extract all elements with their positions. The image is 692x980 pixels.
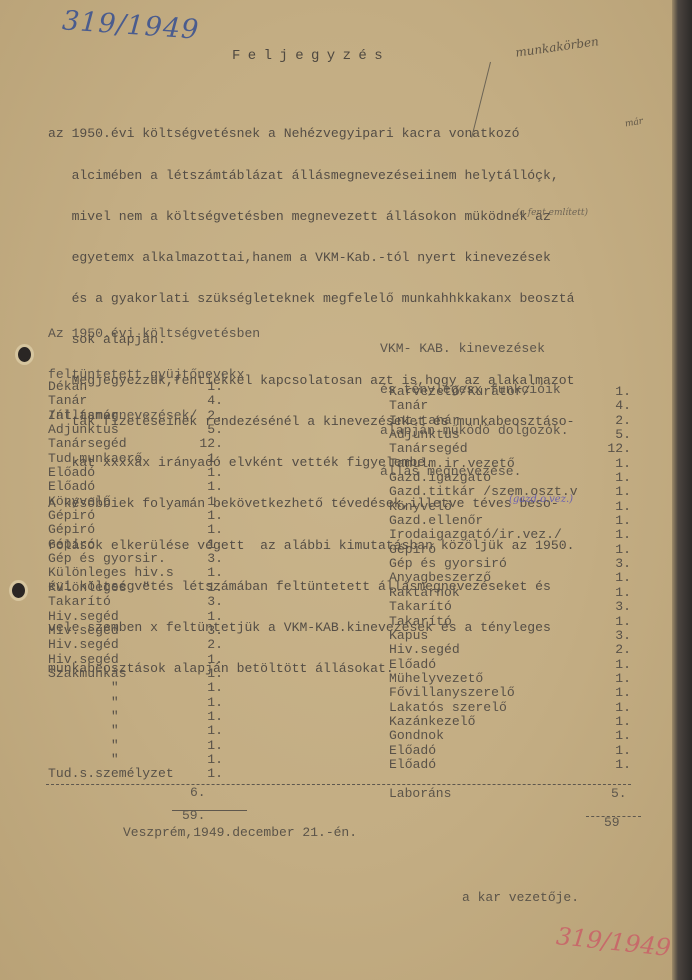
position-title: Előadó <box>48 480 95 494</box>
position-title: Szakmunkás <box>48 667 127 681</box>
position-count: 1. <box>207 523 223 537</box>
position-row: Takarító1. <box>389 615 631 629</box>
position-title: Különleges " <box>48 581 150 595</box>
position-title: Könyvelő <box>389 500 452 514</box>
position-count: 1. <box>207 667 223 681</box>
position-row: Dékán1. <box>48 380 223 394</box>
position-title: Dékán <box>48 380 87 394</box>
position-title: Előadó <box>389 744 436 758</box>
position-row: Gépiró1. <box>48 509 223 523</box>
position-count: 5. <box>207 423 223 437</box>
position-title: Gépiró <box>389 543 436 557</box>
position-count: 1. <box>207 653 223 667</box>
position-count: 2. <box>615 414 631 428</box>
position-count: 1. <box>615 500 631 514</box>
handwritten-reference-number-top: 319/1949 <box>61 5 200 46</box>
position-row: "1. <box>48 710 223 724</box>
position-row: Előadó1. <box>389 758 631 772</box>
position-row: Takarító3. <box>48 595 223 609</box>
position-title: Kapus <box>389 629 428 643</box>
document-page: 319/1949 munkakörben Feljegyzés az 1950.… <box>0 0 672 980</box>
position-count: 1. <box>207 724 223 738</box>
left-subtotal: 6. <box>190 785 206 800</box>
position-row: Gazd.igazgató1. <box>389 471 631 485</box>
position-count: 1. <box>615 385 631 399</box>
position-row: Hiv.segéd1. <box>48 653 223 667</box>
position-title: " <box>48 681 119 695</box>
position-row: "1. <box>48 681 223 695</box>
position-count: 1. <box>207 495 223 509</box>
position-row: Tanársegéd12. <box>48 437 223 451</box>
position-title: Hiv.segéd <box>48 638 119 652</box>
position-title: Int.tanár <box>48 409 119 423</box>
position-row: Tud.munkaerő1. <box>48 452 223 466</box>
position-count: 1. <box>207 767 223 781</box>
right-extra-row-title: Laboráns <box>389 786 451 801</box>
position-count: 1. <box>615 457 631 471</box>
position-title: Hiv.segéd <box>48 610 119 624</box>
position-title: Tanár <box>389 399 428 413</box>
position-title: Takarító <box>389 615 452 629</box>
position-title: " <box>48 696 119 710</box>
position-count: 1. <box>207 566 223 580</box>
position-count: 12. <box>607 442 631 456</box>
margin-note-gazd-o-vez: (gazd.o.vez.) <box>509 494 573 505</box>
header-line: Az 1950.évi költségvetésben <box>48 327 260 341</box>
position-title: Gazd.igazgató <box>389 471 491 485</box>
position-row: Különleges hiv.s1. <box>48 566 223 580</box>
position-title: Gép és gyorsiró <box>389 557 507 571</box>
position-title: Tud.s.személyzet <box>48 767 174 781</box>
position-title: Tanársegéd <box>48 437 127 451</box>
position-title: Gépiró <box>48 538 95 552</box>
position-title: Tanulm.ir.vezető <box>389 457 515 471</box>
scan-dark-edge <box>672 0 692 980</box>
position-count: 1. <box>207 538 223 552</box>
position-title: Takarító <box>48 595 111 609</box>
position-count: 4. <box>207 394 223 408</box>
position-title: Gondnok <box>389 729 444 743</box>
position-title: Előadó <box>389 658 436 672</box>
position-count: 1. <box>207 696 223 710</box>
position-count: 1. <box>615 672 631 686</box>
position-title: Gépiró <box>48 523 95 537</box>
position-count: 1. <box>207 380 223 394</box>
header-line: VKM- KAB. kinevezések <box>380 342 569 356</box>
position-count: 1. <box>615 615 631 629</box>
position-row: Gép és gyorsir.3. <box>48 552 223 566</box>
position-row: Gazd.ellenőr1. <box>389 514 631 528</box>
position-count: 1. <box>207 509 223 523</box>
position-count: 3. <box>207 552 223 566</box>
position-count: 1. <box>615 744 631 758</box>
position-row: Kazánkezelő1. <box>389 715 631 729</box>
position-count: 3. <box>615 629 631 643</box>
position-title: Lakatós szerelő <box>389 701 507 715</box>
position-title: " <box>48 739 119 753</box>
position-row: Gép és gyorsiró3. <box>389 557 631 571</box>
position-row: Hiv.segéd2. <box>389 643 631 657</box>
position-row: Tanársegéd12. <box>389 442 631 456</box>
position-count: 2. <box>207 409 223 423</box>
left-total: 59. <box>182 808 205 823</box>
position-title: " <box>48 753 119 767</box>
position-row: Raktárnok1. <box>389 586 631 600</box>
position-title: Hiv.segéd <box>48 624 119 638</box>
position-row: Előadó1. <box>48 480 223 494</box>
position-count: 1. <box>615 686 631 700</box>
position-title: Mühelyvezető <box>389 672 483 686</box>
position-count: 4. <box>615 399 631 413</box>
position-count: 1. <box>615 701 631 715</box>
position-title: " <box>48 710 119 724</box>
position-count: 1. <box>615 543 631 557</box>
position-row: Mühelyvezető1. <box>389 672 631 686</box>
position-title: Tanár <box>48 394 87 408</box>
position-title: Előadó <box>48 466 95 480</box>
body-line: alcimében a létszámtáblázat állásmegneve… <box>48 169 668 183</box>
position-count: 1. <box>615 729 631 743</box>
document-title: Feljegyzés <box>232 48 390 64</box>
position-row: "1. <box>48 696 223 710</box>
position-title: Irodaigazgató/ir.vez./ <box>389 528 562 542</box>
position-row: Szakmunkás1. <box>48 667 223 681</box>
position-row: Hiv.segéd2. <box>48 638 223 652</box>
right-extra-row-qty: 5. <box>611 786 627 801</box>
position-title: Raktárnok <box>389 586 460 600</box>
position-title: Karvezető/Kurátor/ <box>389 385 530 399</box>
position-count: 1. <box>615 586 631 600</box>
position-count: 2. <box>207 638 223 652</box>
position-row: "1. <box>48 724 223 738</box>
position-row: "1. <box>48 753 223 767</box>
position-title: Könyvelő <box>48 495 111 509</box>
position-row: Előadó1. <box>389 658 631 672</box>
body-line: az 1950.évi költségvetésnek a Nehézvegyi… <box>48 127 668 141</box>
position-count: 3. <box>207 624 223 638</box>
position-row: Karvezető/Kurátor/1. <box>389 385 631 399</box>
position-count: 3. <box>207 595 223 609</box>
position-count: 1. <box>615 571 631 585</box>
position-row: Anyagbeszerző1. <box>389 571 631 585</box>
position-title: Hiv.segéd <box>48 653 119 667</box>
position-title: " <box>48 724 119 738</box>
position-title: Gép és gyorsir. <box>48 552 166 566</box>
budget-positions-list: Dékán1.Tanár4.Int.tanár2.Adjunktus5.Taná… <box>48 380 223 782</box>
position-title: Fővillanyszerelő <box>389 686 515 700</box>
position-count: 12. <box>199 437 223 451</box>
position-title: Adjunktus <box>389 428 460 442</box>
position-row: Adjunktus5. <box>389 428 631 442</box>
position-title: Hiv.segéd <box>389 643 460 657</box>
position-count: 1. <box>207 466 223 480</box>
position-count: 2. <box>615 643 631 657</box>
position-count: 3. <box>615 557 631 571</box>
position-row: Tanulm.ir.vezető1. <box>389 457 631 471</box>
position-row: Tanár4. <box>48 394 223 408</box>
position-title: Különleges hiv.s <box>48 566 174 580</box>
position-count: 1. <box>207 739 223 753</box>
position-title: Anyagbeszerző <box>389 571 491 585</box>
position-count: 1. <box>207 681 223 695</box>
position-row: Előadó1. <box>48 466 223 480</box>
position-title: Takarító <box>389 600 452 614</box>
position-row: Tanár4. <box>389 399 631 413</box>
position-row: Előadó1. <box>389 744 631 758</box>
punch-hole-top <box>18 347 31 362</box>
position-row: Int.tanár2. <box>48 409 223 423</box>
position-row: Takarító3. <box>389 600 631 614</box>
position-row: Int.tanár2. <box>389 414 631 428</box>
position-count: 1. <box>207 480 223 494</box>
position-row: Különleges "1. <box>48 581 223 595</box>
handwritten-reference-number-bottom: 319/1949 <box>555 922 672 962</box>
position-row: Gépiró1. <box>48 523 223 537</box>
position-count: 3. <box>615 600 631 614</box>
position-count: 1. <box>615 514 631 528</box>
position-count: 1. <box>615 658 631 672</box>
position-row: Hiv.segéd1. <box>48 610 223 624</box>
position-row: Gépiró1. <box>48 538 223 552</box>
position-title: Kazánkezelő <box>389 715 475 729</box>
right-total: 59 <box>604 815 620 830</box>
position-title: Gazd.ellenőr <box>389 514 483 528</box>
position-row: Fővillanyszerelő1. <box>389 686 631 700</box>
position-count: 1. <box>615 528 631 542</box>
subtotal-dashed-line <box>46 784 631 785</box>
position-row: Lakatós szerelő1. <box>389 701 631 715</box>
position-title: Adjunktus <box>48 423 119 437</box>
body-line: egyetemx alkalmazottai,hanem a VKM-Kab.-… <box>48 251 668 265</box>
position-title: Előadó <box>389 758 436 772</box>
position-count: 1. <box>615 471 631 485</box>
actual-positions-list: Karvezető/Kurátor/1.Tanár4.Int.tanár2.Ad… <box>389 385 631 772</box>
position-row: Könyvelő1. <box>48 495 223 509</box>
position-row: Irodaigazgató/ir.vez./1. <box>389 528 631 542</box>
signature-line: a kar vezetője. <box>462 890 579 905</box>
position-count: 1. <box>207 581 223 595</box>
position-row: Kapus3. <box>389 629 631 643</box>
position-count: 5. <box>615 428 631 442</box>
position-count: 1. <box>615 758 631 772</box>
position-title: Gépiró <box>48 509 95 523</box>
margin-note-munkakorben: munkakörben <box>514 34 599 60</box>
position-count: 1. <box>207 452 223 466</box>
position-title: Tanársegéd <box>389 442 468 456</box>
punch-hole-bottom <box>12 583 25 598</box>
position-row: Hiv.segéd3. <box>48 624 223 638</box>
position-row: "1. <box>48 739 223 753</box>
position-count: 1. <box>207 753 223 767</box>
position-row: Adjunktus5. <box>48 423 223 437</box>
position-row: Tud.s.személyzet1. <box>48 767 223 781</box>
position-count: 1. <box>207 610 223 624</box>
position-row: Gondnok1. <box>389 729 631 743</box>
place-and-date: Veszprém,1949.december 21.-én. <box>123 825 357 840</box>
position-count: 1. <box>615 715 631 729</box>
position-title: Int.tanár <box>389 414 460 428</box>
position-count: 1. <box>207 710 223 724</box>
position-title: Tud.munkaerő <box>48 452 142 466</box>
position-count: 1. <box>615 485 631 499</box>
margin-note-fent-emlitett: (a fent említett) <box>516 208 588 218</box>
position-row: Gépiró1. <box>389 543 631 557</box>
